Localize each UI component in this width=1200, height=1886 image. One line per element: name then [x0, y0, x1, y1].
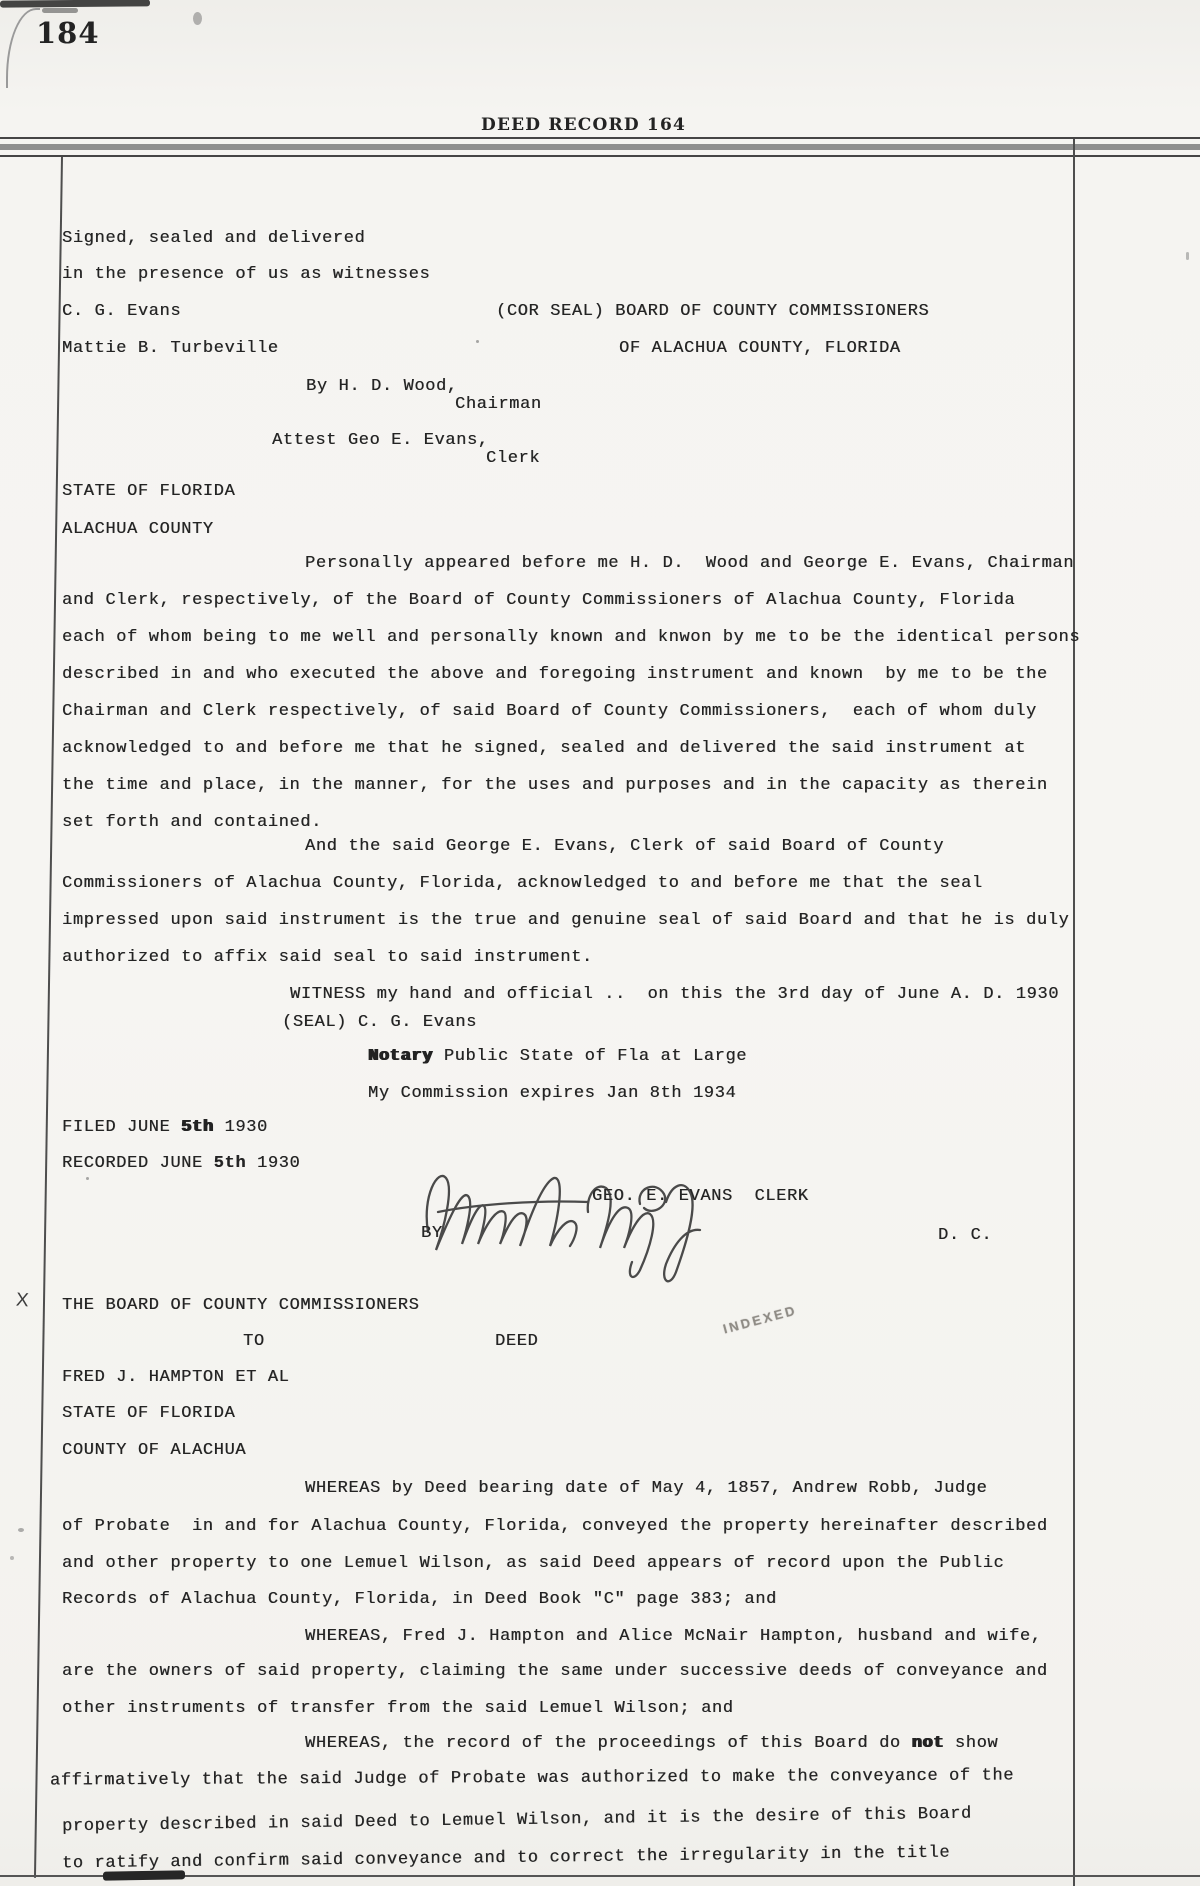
- margin-x-mark: X: [15, 1290, 29, 1313]
- witness-name: Mattie B. Turbeville: [62, 338, 279, 360]
- doc-line: And the said George E. Evans, Clerk of s…: [305, 836, 944, 858]
- page-title: DEED RECORD 164: [481, 114, 686, 136]
- page-corner-curl: [6, 8, 40, 88]
- grantee-line: FRED J. HAMPTON ET AL: [62, 1367, 289, 1389]
- filed-prefix: FILED JUNE: [62, 1118, 181, 1137]
- whereas3-not-overstruck: not: [912, 1734, 945, 1753]
- witness-name: C. G. Evans: [62, 301, 181, 323]
- doc-line: authorized to affix said seal to said in…: [62, 947, 593, 969]
- doc-line: impressed upon said instrument is the tr…: [62, 910, 1069, 932]
- whereas3-post: show: [944, 1734, 998, 1753]
- signer-title: Clerk: [486, 448, 540, 470]
- recorded-day: 5th: [214, 1154, 247, 1173]
- top-rule-thin-1: [0, 137, 1200, 139]
- doc-line: and Clerk, respectively, of the Board of…: [62, 590, 1015, 612]
- ink-smudge: [42, 8, 78, 13]
- doc-line: and other property to one Lemuel Wilson,…: [62, 1553, 1004, 1575]
- margin-pen-speck: [10, 1556, 14, 1560]
- doc-line: affirmatively that the said Judge of Pro…: [50, 1765, 1014, 1792]
- ink-smudge: [0, 0, 150, 8]
- doc-line: Signed, sealed and delivered: [62, 228, 365, 250]
- doc-line: to ratify and confirm said conveyance an…: [62, 1843, 950, 1876]
- seal-line: (SEAL) C. G. Evans: [282, 1012, 477, 1034]
- whereas3-pre: WHEREAS, the record of the proceedings o…: [305, 1734, 912, 1753]
- county-caption: COUNTY OF ALACHUA: [62, 1440, 246, 1462]
- to-label: TO: [243, 1331, 265, 1353]
- deputy-clerk-label: D. C.: [938, 1225, 992, 1247]
- doc-line: Personally appeared before me H. D. Wood…: [305, 553, 1074, 575]
- instrument-type-label: DEED: [495, 1331, 538, 1353]
- recorded-line: RECORDED JUNE 5th 1930: [62, 1153, 300, 1175]
- state-caption: STATE OF FLORIDA: [62, 481, 235, 503]
- filed-day-overstruck: 5th: [181, 1118, 214, 1137]
- doc-line: other instruments of transfer from the s…: [62, 1698, 734, 1720]
- doc-line: described in and who executed the above …: [62, 664, 1048, 686]
- ink-speck: [86, 1177, 89, 1180]
- left-margin-rule: [34, 157, 63, 1878]
- recorded-year: 1930: [246, 1154, 300, 1173]
- right-margin-rule: [1073, 139, 1075, 1886]
- doc-line: Commissioners of Alachua County, Florida…: [62, 873, 983, 895]
- doc-line: Chairman and Clerk respectively, of said…: [62, 701, 1037, 723]
- margin-pen-speck: [18, 1528, 24, 1532]
- witness-clause: WITNESS my hand and official .. on this …: [290, 984, 1059, 1006]
- doc-line: WHEREAS, Fred J. Hampton and Alice McNai…: [305, 1626, 1042, 1648]
- notary-line: Notary Public State of Fla at Large: [368, 1046, 747, 1068]
- doc-line: WHEREAS, the record of the proceedings o…: [305, 1733, 998, 1755]
- doc-line: set forth and contained.: [62, 812, 322, 834]
- filed-year: 1930: [214, 1118, 268, 1137]
- recorded-prefix: RECORDED JUNE: [62, 1154, 214, 1173]
- doc-line: Records of Alachua County, Florida, in D…: [62, 1589, 777, 1611]
- filed-line: FILED JUNE 5th 1930: [62, 1117, 268, 1139]
- cor-seal-line: (COR SEAL) BOARD OF COUNTY COMMISSIONERS: [496, 301, 929, 323]
- ink-speck: [193, 12, 202, 25]
- doc-line: acknowledged to and before me that he si…: [62, 738, 1026, 760]
- top-rule-thick: [0, 144, 1200, 150]
- grantor-line: THE BOARD OF COUNTY COMMISSIONERS: [62, 1295, 419, 1317]
- state-caption: STATE OF FLORIDA: [62, 1403, 235, 1425]
- top-rule-thin-2: [0, 155, 1200, 157]
- ink-speck: [476, 340, 479, 343]
- indexed-stamp: INDEXED: [721, 1302, 798, 1336]
- notary-rest: Public State of Fla at Large: [433, 1047, 747, 1066]
- doc-line: the time and place, in the manner, for t…: [62, 775, 1048, 797]
- attest-line: Attest Geo E. Evans,: [272, 430, 489, 452]
- doc-line: of Probate in and for Alachua County, Fl…: [62, 1516, 1048, 1538]
- page-number: 184: [36, 22, 100, 44]
- notary-word-overstruck: Notary: [368, 1047, 433, 1066]
- deed-record-page-scan: 184 DEED RECORD 164 Signed, sealed and d…: [0, 0, 1200, 1886]
- doc-line: OF ALACHUA COUNTY, FLORIDA: [619, 338, 901, 360]
- by-signer-line: By H. D. Wood,: [306, 376, 458, 398]
- doc-line: WHEREAS by Deed bearing date of May 4, 1…: [305, 1478, 987, 1500]
- doc-line: in the presence of us as witnesses: [62, 264, 430, 286]
- doc-line: each of whom being to me well and person…: [62, 627, 1080, 649]
- handwritten-signature: [418, 1152, 748, 1292]
- doc-line: property described in said Deed to Lemue…: [62, 1804, 972, 1839]
- county-caption: ALACHUA COUNTY: [62, 519, 214, 541]
- commission-line: My Commission expires Jan 8th 1934: [368, 1083, 736, 1105]
- ink-speck: [1186, 252, 1189, 260]
- signer-title: Chairman: [455, 394, 542, 416]
- doc-line: are the owners of said property, claimin…: [62, 1661, 1048, 1683]
